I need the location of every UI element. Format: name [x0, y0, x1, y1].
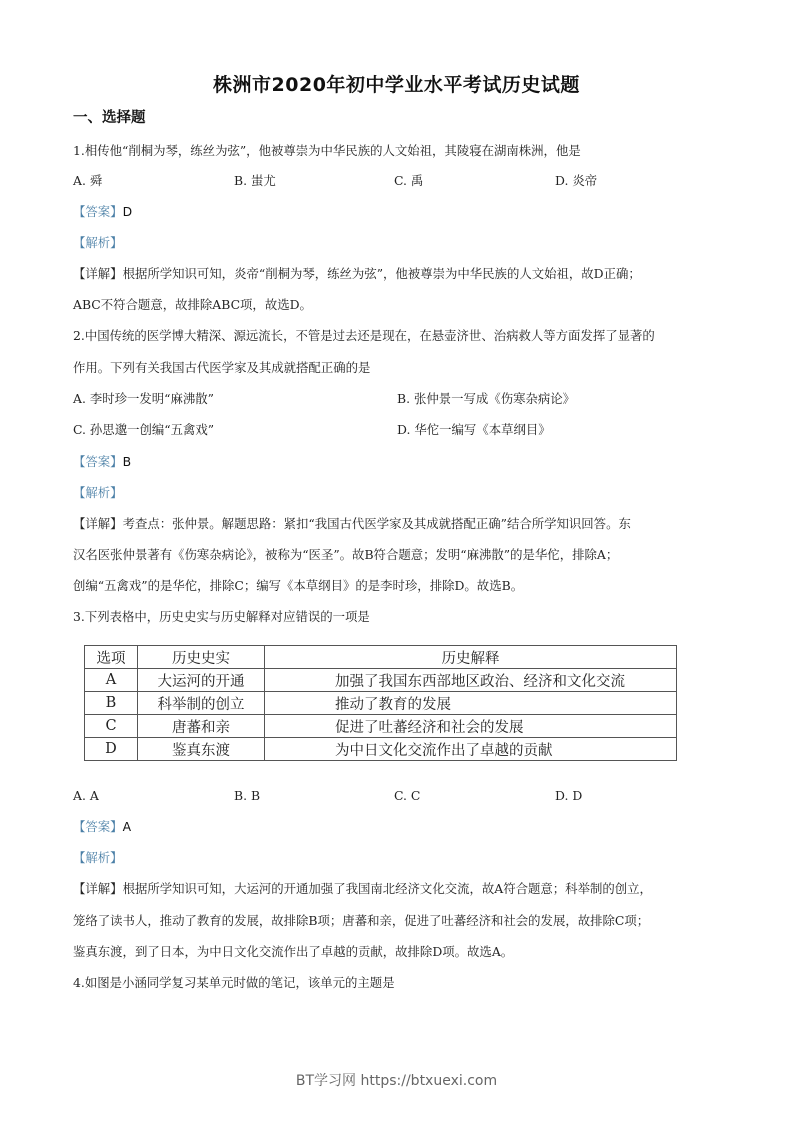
question-1-stem: 1.相传他“削桐为琴，练丝为弦”，他被尊崇为中华民族的人文始祖，其陵寝在湖南株洲…: [73, 143, 581, 159]
table-cell: 推动了教育的发展: [265, 692, 677, 715]
exam-page: 株洲市2020年初中学业水平考试历史试题 一、选择题 1.相传他“削桐为琴，练丝…: [0, 0, 793, 1122]
question-2-detail-1: 【详解】考查点：张仲景。解题思路：紧扣“我国古代医学家及其成就搭配正确”结合所学…: [73, 516, 631, 532]
table-header-cell: 选项: [85, 646, 138, 669]
answer-tag: 【答案】: [73, 204, 123, 219]
table-cell: B: [85, 692, 138, 715]
table-row: D 鉴真东渡 为中日文化交流作出了卓越的贡献: [85, 738, 677, 761]
question-1-detail-2: ABC不符合题意，故排除ABC项，故选D。: [73, 297, 312, 313]
question-2-stem-2: 作用。下列有关我国古代医学家及其成就搭配正确的是: [73, 360, 370, 376]
question-3-option-b: B. B: [234, 788, 260, 804]
table-cell: 大运河的开通: [138, 669, 265, 692]
question-1-option-b: B. 蚩尤: [234, 173, 276, 189]
question-3-table: 选项 历史史实 历史解释 A 大运河的开通 加强了我国东西部地区政治、经济和文化…: [84, 645, 677, 761]
question-3-option-c: C. C: [394, 788, 420, 804]
question-1-answer: 【答案】D: [73, 204, 132, 220]
detail-tag: 【详解】: [73, 881, 123, 896]
table-row: A 大运河的开通 加强了我国东西部地区政治、经济和文化交流: [85, 669, 677, 692]
table-cell: 科举制的创立: [138, 692, 265, 715]
question-2-detail-3: 创编“五禽戏”的是华佗，排除C；编写《本草纲目》的是李时珍，排除D。故选B。: [73, 578, 523, 594]
question-2-analysis: 【解析】: [73, 485, 123, 501]
question-2-answer: 【答案】B: [73, 454, 131, 470]
question-1-option-c: C. 禹: [394, 173, 423, 189]
question-3-option-a: A. A: [73, 788, 99, 804]
table-header-cell: 历史史实: [138, 646, 265, 669]
table-cell: C: [85, 715, 138, 738]
answer-value: B: [123, 454, 132, 469]
question-1-analysis: 【解析】: [73, 235, 123, 251]
detail-tag: 【详解】: [73, 516, 123, 531]
table-row: B 科举制的创立 推动了教育的发展: [85, 692, 677, 715]
question-3-detail-1: 【详解】根据所学知识可知，大运河的开通加强了我国南北经济文化交流，故A符合题意；…: [73, 881, 652, 897]
table-cell: 为中日文化交流作出了卓越的贡献: [265, 738, 677, 761]
answer-value: A: [123, 819, 131, 834]
question-2-option-d: D. 华佗一编写《本草纲目》: [397, 422, 551, 438]
section-heading: 一、选择题: [73, 110, 146, 126]
question-3-detail-2: 笼络了读书人，推动了教育的发展，故排除B项；唐蕃和亲，促进了吐蕃经济和社会的发展…: [73, 913, 649, 929]
table-cell: 鉴真东渡: [138, 738, 265, 761]
question-1-option-d: D. 炎帝: [555, 173, 597, 189]
document-title: 株洲市2020年初中学业水平考试历史试题: [0, 70, 793, 97]
question-3-detail-3: 鉴真东渡，到了日本，为中日文化交流作出了卓越的贡献，故排除D项。故选A。: [73, 944, 513, 960]
table-cell: 唐蕃和亲: [138, 715, 265, 738]
table-cell: 加强了我国东西部地区政治、经济和文化交流: [265, 669, 677, 692]
question-2-stem-1: 2.中国传统的医学博大精深、源远流长，不管是过去还是现在，在悬壶济世、治病救人等…: [73, 328, 655, 344]
table-cell: A: [85, 669, 138, 692]
answer-value: D: [123, 204, 133, 219]
question-3-option-d: D. D: [555, 788, 582, 804]
question-1-option-a: A. 舜: [73, 173, 102, 189]
footer-watermark: BT学习网 https://btxuexi.com: [0, 1070, 793, 1090]
question-3-analysis: 【解析】: [73, 850, 123, 866]
question-2-option-c: C. 孙思邈一创编“五禽戏”: [73, 422, 214, 438]
question-1-detail-1: 【详解】根据所学知识可知，炎帝“削桐为琴，练丝为弦”，他被尊崇为中华民族的人文始…: [73, 266, 641, 282]
analysis-tag: 【解析】: [73, 850, 123, 865]
question-4-stem: 4.如图是小涵同学复习某单元时做的笔记，该单元的主题是: [73, 975, 395, 991]
detail-tag: 【详解】: [73, 266, 123, 281]
table-cell: 促进了吐蕃经济和社会的发展: [265, 715, 677, 738]
question-2-detail-2: 汉名医张仲景著有《伤寒杂病论》，被称为“医圣”。故B符合题意；发明“麻沸散”的是…: [73, 547, 618, 563]
analysis-tag: 【解析】: [73, 485, 123, 500]
table-row: C 唐蕃和亲 促进了吐蕃经济和社会的发展: [85, 715, 677, 738]
answer-tag: 【答案】: [73, 819, 123, 834]
question-2-option-a: A. 李时珍一发明“麻沸散”: [73, 391, 214, 407]
table-cell: D: [85, 738, 138, 761]
question-2-option-b: B. 张仲景一写成《伤寒杂病论》: [397, 391, 575, 407]
answer-tag: 【答案】: [73, 454, 123, 469]
analysis-tag: 【解析】: [73, 235, 123, 250]
question-3-stem: 3.下列表格中，历史史实与历史解释对应错误的一项是: [73, 609, 370, 625]
question-3-answer: 【答案】A: [73, 819, 131, 835]
table-header-row: 选项 历史史实 历史解释: [85, 646, 677, 669]
table-header-cell: 历史解释: [265, 646, 677, 669]
